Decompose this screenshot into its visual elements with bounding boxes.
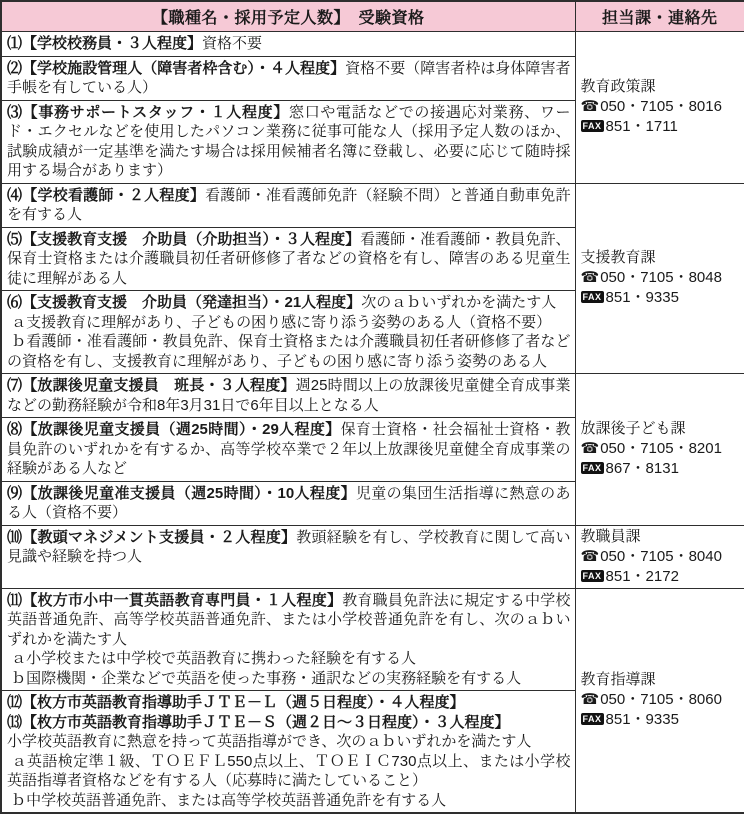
phone-line: ☎050・7105・8040 [581, 547, 743, 567]
requirement-text: ⑹【支援教育支援 介助員（発達担当）・21人程度】次のａｂいずれかを満たす人 [7, 293, 571, 313]
requirements-cell: ⑺【放課後児童支援員 班長・３人程度】週25時間以上の放課後児童健全育成事業など… [1, 374, 575, 418]
job-title: ⑷【学校看護師・２人程度】 [7, 187, 205, 204]
requirement-text: ⑶【事務サポートスタッフ・１人程度】窓口や電話などでの接遇応対業務、ワード・エク… [7, 103, 571, 181]
job-title: ⑺【放課後児童支援員 班長・３人程度】 [7, 377, 296, 394]
qualification-text: ｂ中学校英語普通免許、または高等学校英語普通免許を有する人 [7, 792, 446, 809]
column-header-contact: 担当課・連絡先 [575, 1, 744, 32]
requirement-text: ｂ国際機関・企業などで英語を使った事務・通訳などの実務経験を有する人 [7, 669, 571, 689]
fax-icon: FAX [581, 570, 604, 582]
department-name: 教育政策課 [581, 77, 743, 97]
requirement-text: ⑾【枚方市小中一貫英語教育専門員・１人程度】教育職員免許法に規定する中学校英語普… [7, 591, 571, 650]
qualification-text: ａ英語検定準１級、ＴＯＥＦＬ550点以上、ＴＯＥＩＣ730点以上、または小学校英… [7, 753, 571, 790]
requirements-cell: ⑿【枚方市英語教育指導助手ＪＴＥ－Ｌ（週５日程度）・４人程度】⒀【枚方市英語教育… [1, 691, 575, 814]
job-title: ⑴【学校校務員・３人程度】 [7, 35, 202, 52]
contact-cell: 教育政策課☎050・7105・8016FAX851・1711 [575, 32, 744, 184]
requirement-text: ｂ中学校英語普通免許、または高等学校英語普通免許を有する人 [7, 791, 571, 811]
fax-number: 851・2172 [606, 568, 679, 585]
requirements-cell: ⑻【放課後児童支援員（週25時間）・29人程度】保育士資格・社会福祉士資格・教員… [1, 418, 575, 482]
job-title: ⑼【放課後児童准支援員（週25時間）・10人程度】 [7, 485, 356, 502]
table-row: ⑺【放課後児童支援員 班長・３人程度】週25時間以上の放課後児童健全育成事業など… [1, 374, 744, 418]
requirement-text: ⑺【放課後児童支援員 班長・３人程度】週25時間以上の放課後児童健全育成事業など… [7, 376, 571, 415]
column-header-qualifications: 【職種名・採用予定人数】 受験資格 [1, 1, 575, 32]
requirement-text: ⑸【支援教育支援 介助員（介助担当）・３人程度】看護師・准看護師・教員免許、保育… [7, 230, 571, 289]
requirement-text: ⑿【枚方市英語教育指導助手ＪＴＥ－Ｌ（週５日程度）・４人程度】 [7, 693, 571, 713]
phone-icon: ☎ [581, 548, 600, 565]
department-name: 放課後子ども課 [581, 419, 743, 439]
contact-cell: 教育指導課☎050・7105・8060FAX851・9335 [575, 588, 744, 813]
table-row: ⑽【教頭マネジメント支援員・２人程度】教頭経験を有し、学校教育に関して高い見識や… [1, 525, 744, 588]
phone-number: 050・7105・8201 [600, 440, 722, 457]
requirements-cell: ⑸【支援教育支援 介助員（介助担当）・３人程度】看護師・准看護師・教員免許、保育… [1, 227, 575, 291]
fax-icon: FAX [581, 462, 604, 474]
table-row: ⑾【枚方市小中一貫英語教育専門員・１人程度】教育職員免許法に規定する中学校英語普… [1, 588, 744, 691]
qualification-text: ａ支援教育に理解があり、子どもの困り感に寄り添う姿勢のある人（資格不要） [7, 314, 551, 331]
job-title: ⑹【支援教育支援 介助員（発達担当）・21人程度】 [7, 294, 361, 311]
fax-line: FAX851・1711 [581, 117, 743, 137]
requirements-cell: ⑶【事務サポートスタッフ・１人程度】窓口や電話などでの接遇応対業務、ワード・エク… [1, 100, 575, 183]
phone-icon: ☎ [581, 691, 600, 708]
requirements-cell: ⑴【学校校務員・３人程度】資格不要 [1, 32, 575, 57]
department-name: 教職員課 [581, 527, 743, 547]
job-title: ⒀【枚方市英語教育指導助手ＪＴＥ－Ｓ（週２日～３日程度）・３人程度】 [7, 714, 510, 731]
phone-line: ☎050・7105・8060 [581, 690, 743, 710]
requirement-text: ⑼【放課後児童准支援員（週25時間）・10人程度】児童の集団生活指導に熱意のある… [7, 484, 571, 523]
department-name: 支援教育課 [581, 248, 743, 268]
fax-number: 851・9335 [606, 711, 679, 728]
table-body: ⑴【学校校務員・３人程度】資格不要教育政策課☎050・7105・8016FAX8… [1, 32, 744, 814]
phone-icon: ☎ [581, 440, 600, 457]
qualification-text: ｂ国際機関・企業などで英語を使った事務・通訳などの実務経験を有する人 [7, 670, 521, 687]
phone-line: ☎050・7105・8016 [581, 97, 743, 117]
fax-icon: FAX [581, 291, 604, 303]
job-title: ⑾【枚方市小中一貫英語教育専門員・１人程度】 [7, 592, 342, 609]
requirements-cell: ⑾【枚方市小中一貫英語教育専門員・１人程度】教育職員免許法に規定する中学校英語普… [1, 588, 575, 691]
requirement-text: ⑷【学校看護師・２人程度】看護師・准看護師免許（経験不問）と普通自動車免許を有す… [7, 186, 571, 225]
requirements-cell: ⑷【学校看護師・２人程度】看護師・准看護師免許（経験不問）と普通自動車免許を有す… [1, 183, 575, 227]
fax-icon: FAX [581, 120, 604, 132]
contact-cell: 放課後子ども課☎050・7105・8201FAX867・8131 [575, 374, 744, 526]
job-title: ⑿【枚方市英語教育指導助手ＪＴＥ－Ｌ（週５日程度）・４人程度】 [7, 694, 465, 711]
phone-line: ☎050・7105・8048 [581, 268, 743, 288]
phone-line: ☎050・7105・8201 [581, 439, 743, 459]
fax-line: FAX851・2172 [581, 567, 743, 587]
department-name: 教育指導課 [581, 670, 743, 690]
contact-cell: 支援教育課☎050・7105・8048FAX851・9335 [575, 183, 744, 374]
phone-icon: ☎ [581, 98, 600, 115]
requirements-cell: ⑼【放課後児童准支援員（週25時間）・10人程度】児童の集団生活指導に熱意のある… [1, 481, 575, 525]
requirement-text: ⑴【学校校務員・３人程度】資格不要 [7, 34, 571, 54]
contact-cell: 教職員課☎050・7105・8040FAX851・2172 [575, 525, 744, 588]
requirement-text: 小学校英語教育に熱意を持って英語指導ができ、次のａｂいずれかを満たす人 [7, 732, 571, 752]
recruitment-table: 【職種名・採用予定人数】 受験資格 担当課・連絡先 ⑴【学校校務員・３人程度】資… [0, 0, 744, 814]
requirement-text: ｂ看護師・准看護師・教員免許、保育士資格または介護職員初任者研修修了者などの資格… [7, 332, 571, 371]
requirement-text: ａ英語検定準１級、ＴＯＥＦＬ550点以上、ＴＯＥＩＣ730点以上、または小学校英… [7, 752, 571, 791]
requirement-text: ａ小学校または中学校で英語教育に携わった経験を有する人 [7, 649, 571, 669]
job-title: ⑶【事務サポートスタッフ・１人程度】 [7, 104, 289, 121]
fax-number: 851・9335 [606, 289, 679, 306]
fax-number: 867・8131 [606, 460, 679, 477]
phone-number: 050・7105・8060 [600, 691, 722, 708]
qualification-text: 小学校英語教育に熱意を持って英語指導ができ、次のａｂいずれかを満たす人 [7, 733, 531, 750]
phone-number: 050・7105・8048 [600, 269, 722, 286]
phone-number: 050・7105・8040 [600, 548, 722, 565]
header-row: 【職種名・採用予定人数】 受験資格 担当課・連絡先 [1, 1, 744, 32]
phone-icon: ☎ [581, 269, 600, 286]
requirements-cell: ⑵【学校施設管理人（障害者枠含む）・４人程度】資格不要（障害者枠は身体障害者手帳… [1, 56, 575, 100]
requirement-text: ⑵【学校施設管理人（障害者枠含む）・４人程度】資格不要（障害者枠は身体障害者手帳… [7, 59, 571, 98]
requirements-cell: ⑹【支援教育支援 介助員（発達担当）・21人程度】次のａｂいずれかを満たす人 ａ… [1, 291, 575, 374]
qualification-text: ｂ看護師・准看護師・教員免許、保育士資格または介護職員初任者研修修了者などの資格… [7, 333, 571, 370]
requirement-text: ａ支援教育に理解があり、子どもの困り感に寄り添う姿勢のある人（資格不要） [7, 313, 571, 333]
fax-number: 851・1711 [606, 118, 678, 135]
requirements-cell: ⑽【教頭マネジメント支援員・２人程度】教頭経験を有し、学校教育に関して高い見識や… [1, 525, 575, 588]
job-title: ⑸【支援教育支援 介助員（介助担当）・３人程度】 [7, 231, 360, 248]
requirement-text: ⑻【放課後児童支援員（週25時間）・29人程度】保育士資格・社会福祉士資格・教員… [7, 420, 571, 479]
fax-line: FAX867・8131 [581, 459, 743, 479]
fax-icon: FAX [581, 713, 604, 725]
fax-line: FAX851・9335 [581, 288, 743, 308]
job-title: ⑻【放課後児童支援員（週25時間）・29人程度】 [7, 421, 341, 438]
table-row: ⑴【学校校務員・３人程度】資格不要教育政策課☎050・7105・8016FAX8… [1, 32, 744, 57]
qualification-text: ａ小学校または中学校で英語教育に携わった経験を有する人 [7, 650, 416, 667]
qualification-text: 次のａｂいずれかを満たす人 [361, 294, 556, 311]
requirement-text: ⒀【枚方市英語教育指導助手ＪＴＥ－Ｓ（週２日～３日程度）・３人程度】 [7, 713, 571, 733]
table-row: ⑷【学校看護師・２人程度】看護師・准看護師免許（経験不問）と普通自動車免許を有す… [1, 183, 744, 227]
job-title: ⑽【教頭マネジメント支援員・２人程度】 [7, 529, 296, 546]
phone-number: 050・7105・8016 [600, 98, 722, 115]
fax-line: FAX851・9335 [581, 710, 743, 730]
job-title: ⑵【学校施設管理人（障害者枠含む）・４人程度】 [7, 60, 345, 77]
qualification-text: 資格不要 [202, 35, 262, 52]
requirement-text: ⑽【教頭マネジメント支援員・２人程度】教頭経験を有し、学校教育に関して高い見識や… [7, 528, 571, 567]
